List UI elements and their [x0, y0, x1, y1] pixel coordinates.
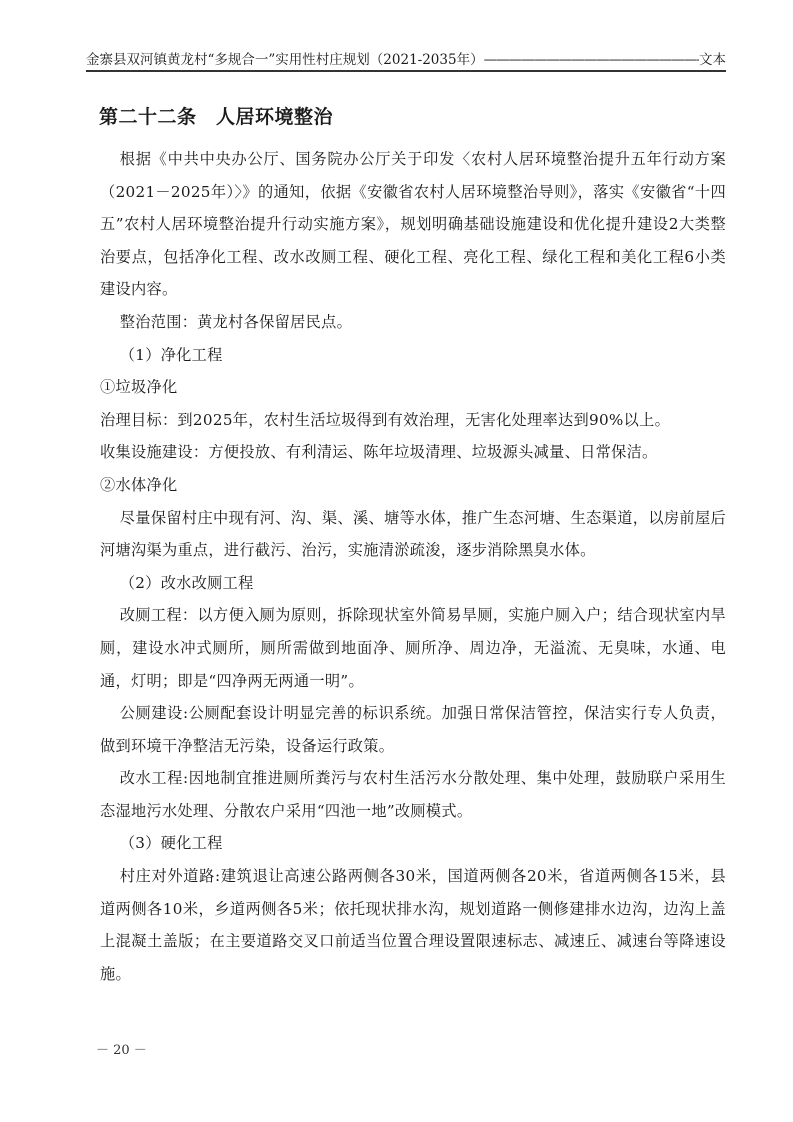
- header-tag: 文本: [699, 50, 726, 70]
- paragraph: 村庄对外道路:建筑退让高速公路两侧各30米，国道两侧各20米，省道两侧各15米，…: [100, 860, 726, 990]
- paragraph: 收集设施建设：方便投放、有利清运、陈年垃圾清理、垃圾源头减量、日常保洁。: [100, 436, 726, 469]
- subheading: ①垃圾净化: [100, 371, 726, 404]
- paragraph: 公厕建设:公厕配套设计明显完善的标识系统。加强日常保洁管控，保洁实行专人负责，做…: [100, 697, 726, 762]
- header-rule-dashes: ————————————————————————————————————————…: [484, 50, 699, 70]
- paragraph: 根据《中共中央办公厅、国务院办公厅关于印发〈农村人居环境整治提升五年行动方案（2…: [100, 143, 726, 306]
- subheading: （3）硬化工程: [100, 827, 726, 860]
- running-header: 金寨县双河镇黄龙村“多规合一”实用性村庄规划（2021-2035年） —————…: [86, 50, 726, 72]
- paragraph: 改厕工程：以方便入厕为原则，拆除现状室外简易旱厕，实施户厕入户；结合现状室内旱厕…: [100, 599, 726, 697]
- subheading: ②水体净化: [100, 469, 726, 502]
- paragraph: 治理目标：到2025年，农村生活垃圾得到有效治理，无害化处理率达到90%以上。: [100, 404, 726, 437]
- paragraph: 改水工程:因地制宜推进厕所粪污与农村生活污水分散处理、集中处理，鼓励联户采用生态…: [100, 762, 726, 827]
- subheading: （1）净化工程: [100, 339, 726, 372]
- paragraph: 尽量保留村庄中现有河、沟、渠、溪、塘等水体，推广生态河塘、生态渠道，以房前屋后河…: [100, 502, 726, 567]
- header-title: 金寨县双河镇黄龙村“多规合一”实用性村庄规划（2021-2035年）: [86, 50, 484, 70]
- section-body: 根据《中共中央办公厅、国务院办公厅关于印发〈农村人居环境整治提升五年行动方案（2…: [100, 143, 726, 990]
- section-heading: 第二十二条 人居环境整治: [99, 102, 333, 129]
- paragraph: 整治范围：黄龙村各保留居民点。: [100, 306, 726, 339]
- subheading: （2）改水改厕工程: [100, 567, 726, 600]
- page-number: － 20 －: [96, 1039, 147, 1058]
